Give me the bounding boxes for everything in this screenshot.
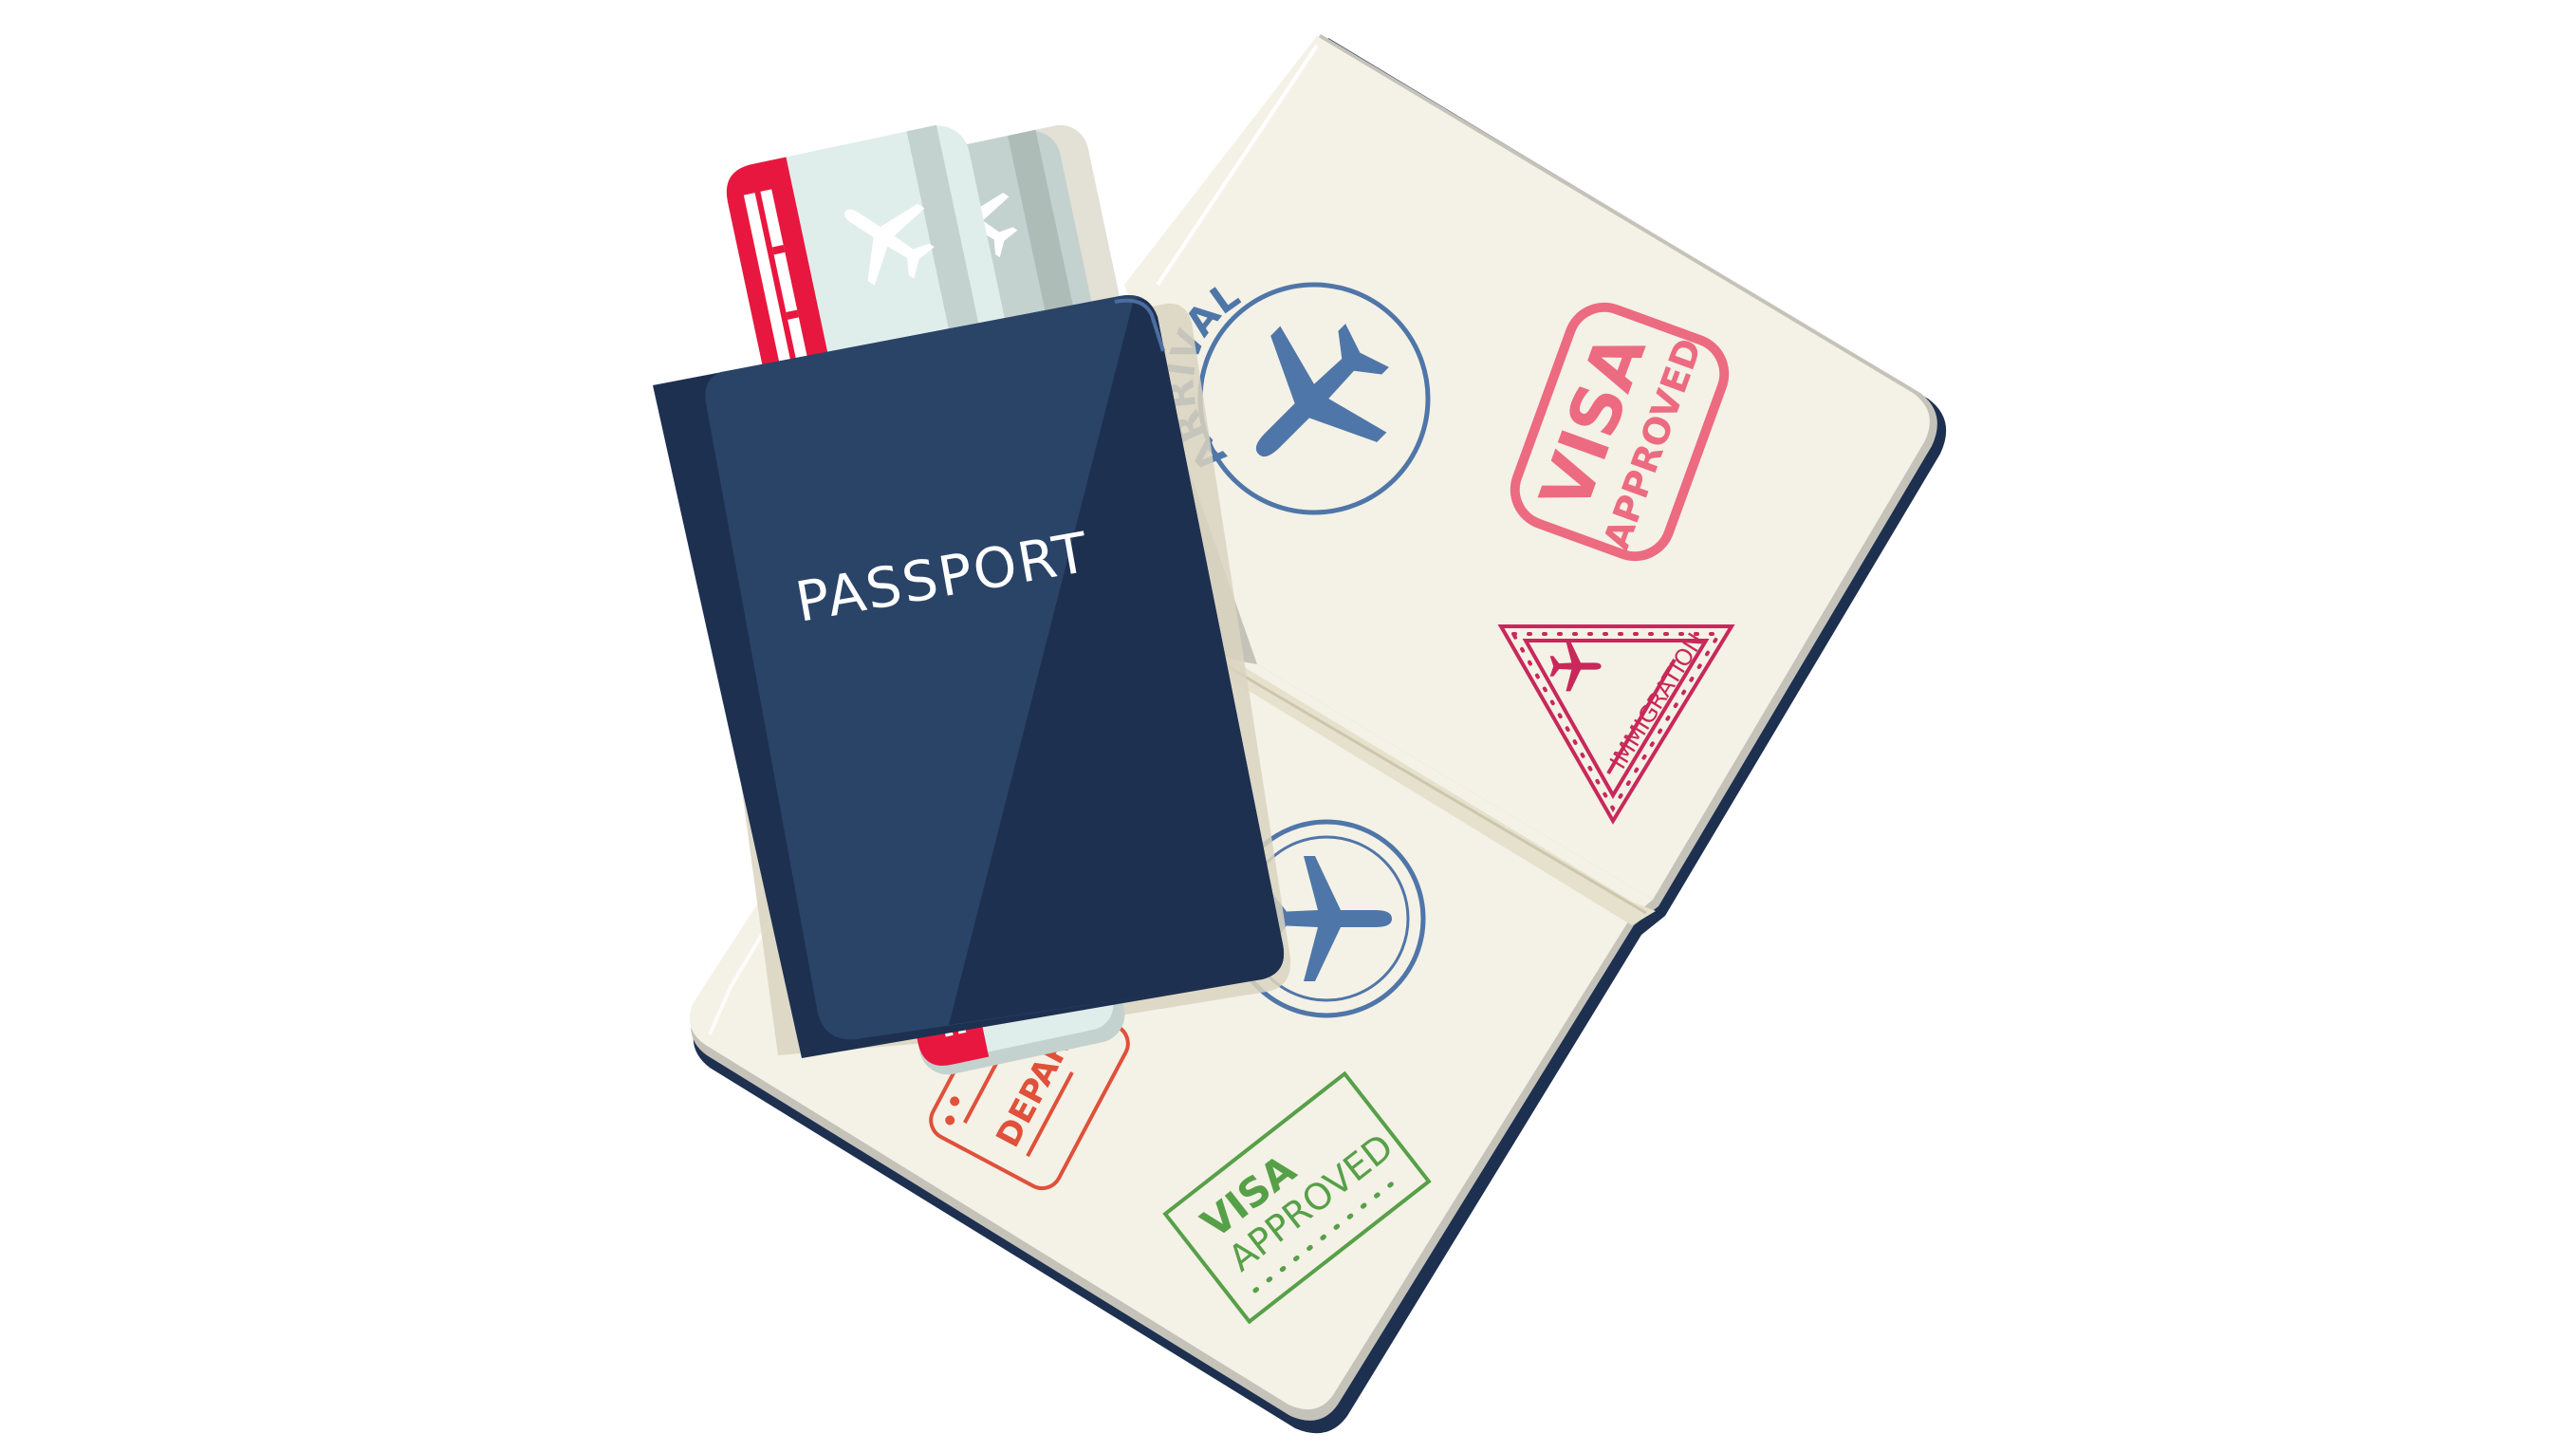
passport-illustration: ARRIVAL VISA APPROVED IMMIGRATION DEPAR … bbox=[0, 0, 2576, 1452]
